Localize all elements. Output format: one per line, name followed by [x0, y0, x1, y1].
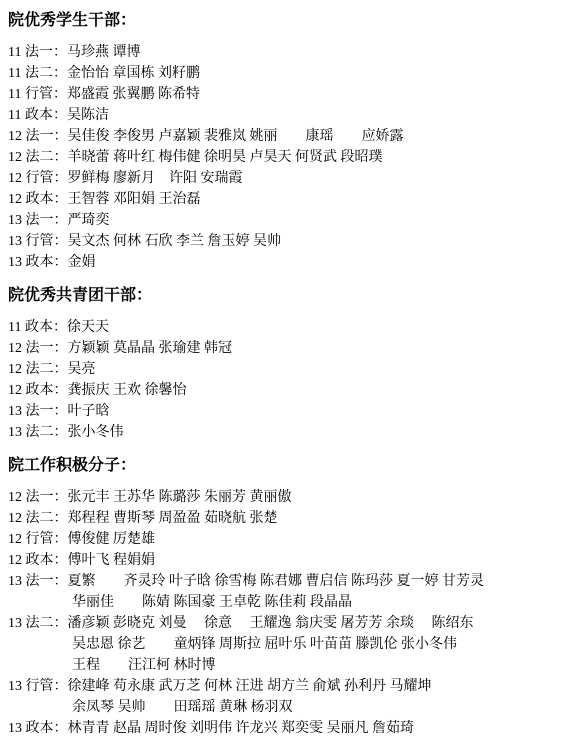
- entry-line: 12 政本：傅叶飞 程娟娟: [8, 550, 569, 571]
- names-text: 方颖颖 莫晶晶 张瑜建 韩冠: [68, 341, 233, 356]
- entry-row: 13 政本：金娟: [8, 252, 569, 273]
- class-label: 12 法一：: [8, 341, 68, 356]
- entry-line: 12 法一：方颖颖 莫晶晶 张瑜建 韩冠: [8, 338, 569, 359]
- award-section: 院工作积极分子：12 法一：张元丰 王苏华 陈璐莎 朱丽芳 黄丽傲12 法二：郑…: [8, 455, 569, 739]
- entry-line-continuation: 王程 汪江柯 林时博: [8, 655, 569, 676]
- entry-row: 11 法二：金怡怡 章国栋 刘籽鹏: [8, 63, 569, 84]
- entry-row: 13 法一：严琦奕: [8, 210, 569, 231]
- entry-row: 12 政本：龚振庆 王欢 徐馨怡: [8, 380, 569, 401]
- entry-line: 12 法二：羊晓蕾 蒋叶红 梅伟健 徐明昊 卢昊天 何贤武 段昭璞: [8, 147, 569, 168]
- names-text: 龚振庆 王欢 徐馨怡: [68, 383, 187, 398]
- entry-line: 11 政本：徐天天: [8, 317, 569, 338]
- names-text: 张元丰 王苏华 陈璐莎 朱丽芳 黄丽傲: [68, 490, 292, 505]
- names-text: 罗鲜梅 廖新月 许阳 安瑞霞: [68, 171, 243, 186]
- entry-line: 12 政本：龚振庆 王欢 徐馨怡: [8, 380, 569, 401]
- entry-row: 13 法一：叶子晗: [8, 401, 569, 422]
- class-label: 11 政本：: [8, 320, 67, 335]
- entry-row: 12 行管：罗鲜梅 廖新月 许阳 安瑞霞: [8, 168, 569, 189]
- section-title: 院优秀学生干部：: [8, 10, 569, 32]
- names-text: 郑盛霞 张翼鹏 陈希特: [67, 87, 200, 102]
- class-label: 12 行管：: [8, 171, 68, 186]
- entry-row: 13 政本：林青青 赵晶 周时俊 刘明伟 许龙兴 郑奕雯 吴丽凡 詹茹琦: [8, 718, 569, 739]
- entry-row: 13 法一：夏繁 齐灵玲 叶子晗 徐雪梅 陈君娜 曹启信 陈玛莎 夏一婷 甘芳灵…: [8, 571, 569, 613]
- entry-line: 12 行管：罗鲜梅 廖新月 许阳 安瑞霞: [8, 168, 569, 189]
- entry-line: 12 法二：吴亮: [8, 359, 569, 380]
- class-label: 12 政本：: [8, 553, 68, 568]
- entry-line: 13 法一：叶子晗: [8, 401, 569, 422]
- entry-row: 12 法二：吴亮: [8, 359, 569, 380]
- entry-line-continuation: 余凤琴 吴帅 田瑶瑶 黄琳 杨羽双: [8, 697, 569, 718]
- award-section: 院优秀学生干部：11 法一：马珍燕 谭博11 法二：金怡怡 章国栋 刘籽鹏11 …: [8, 10, 569, 273]
- class-label: 13 政本：: [8, 721, 68, 736]
- entry-line: 11 政本：吴陈洁: [8, 105, 569, 126]
- entry-row: 12 行管：傅俊健 厉楚雄: [8, 529, 569, 550]
- entry-line: 11 法二：金怡怡 章国栋 刘籽鹏: [8, 63, 569, 84]
- names-text: 金怡怡 章国栋 刘籽鹏: [67, 66, 200, 81]
- class-label: 12 法一：: [8, 129, 68, 144]
- entry-line: 12 政本：王智蓉 邓阳娟 王治磊: [8, 189, 569, 210]
- entry-row: 11 行管：郑盛霞 张翼鹏 陈希特: [8, 84, 569, 105]
- class-label: 11 行管：: [8, 87, 67, 102]
- entry-line: 13 行管：吴文杰 何林 石欣 李兰 詹玉婷 吴帅: [8, 231, 569, 252]
- entry-row: 11 政本：吴陈洁: [8, 105, 569, 126]
- entry-row: 12 政本：王智蓉 邓阳娟 王治磊: [8, 189, 569, 210]
- entry-row: 13 法二：张小冬伟: [8, 422, 569, 443]
- names-text: 吴亮: [68, 362, 96, 377]
- award-section: 院优秀共青团干部：11 政本：徐天天12 法一：方颖颖 莫晶晶 张瑜建 韩冠12…: [8, 285, 569, 443]
- class-label: 12 法二：: [8, 511, 68, 526]
- entry-line: 13 法一：夏繁 齐灵玲 叶子晗 徐雪梅 陈君娜 曹启信 陈玛莎 夏一婷 甘芳灵: [8, 571, 569, 592]
- names-text: 金娟: [68, 255, 96, 270]
- class-label: 13 法一：: [8, 213, 68, 228]
- class-label: 12 法一：: [8, 490, 68, 505]
- class-label: 13 法一：: [8, 404, 68, 419]
- class-label: 13 行管：: [8, 234, 68, 249]
- class-label: 11 政本：: [8, 108, 67, 123]
- class-label: 13 行管：: [8, 679, 68, 694]
- names-text: 严琦奕: [68, 213, 110, 228]
- entry-line: 11 法一：马珍燕 谭博: [8, 42, 569, 63]
- names-text: 张小冬伟: [68, 425, 124, 440]
- entry-line-continuation: 吴忠恩 徐艺 童炳锋 周斯拉 屈叶乐 叶苗苗 滕凯伦 张小冬伟: [8, 634, 569, 655]
- names-text: 马珍燕 谭博: [67, 45, 141, 60]
- document-body: 院优秀学生干部：11 法一：马珍燕 谭博11 法二：金怡怡 章国栋 刘籽鹏11 …: [0, 0, 575, 743]
- entry-line: 13 行管：徐建峰 苟永康 武万芝 何林 汪进 胡方兰 俞斌 孙利丹 马耀坤: [8, 676, 569, 697]
- entry-row: 11 法一：马珍燕 谭博: [8, 42, 569, 63]
- class-label: 12 法二：: [8, 362, 68, 377]
- class-label: 13 法二：: [8, 616, 68, 631]
- class-label: 12 法二：: [8, 150, 68, 165]
- section-title: 院优秀共青团干部：: [8, 285, 569, 307]
- entry-row: 13 法二：潘彦颖 彭晓克 刘曼 徐意 王耀逸 翁庆雯 屠芳芳 余琰 陈绍东吴忠…: [8, 613, 569, 676]
- entry-row: 12 法一：张元丰 王苏华 陈璐莎 朱丽芳 黄丽傲: [8, 487, 569, 508]
- class-label: 11 法一：: [8, 45, 67, 60]
- entry-line: 13 政本：林青青 赵晶 周时俊 刘明伟 许龙兴 郑奕雯 吴丽凡 詹茹琦: [8, 718, 569, 739]
- entry-row: 12 法二：羊晓蕾 蒋叶红 梅伟健 徐明昊 卢昊天 何贤武 段昭璞: [8, 147, 569, 168]
- entry-line: 13 法二：潘彦颖 彭晓克 刘曼 徐意 王耀逸 翁庆雯 屠芳芳 余琰 陈绍东: [8, 613, 569, 634]
- entry-line: 13 法二：张小冬伟: [8, 422, 569, 443]
- entry-row: 11 政本：徐天天: [8, 317, 569, 338]
- entry-line: 12 法一：张元丰 王苏华 陈璐莎 朱丽芳 黄丽傲: [8, 487, 569, 508]
- names-text: 傅俊健 厉楚雄: [68, 532, 156, 547]
- names-text: 吴文杰 何林 石欣 李兰 詹玉婷 吴帅: [68, 234, 282, 249]
- names-text: 傅叶飞 程娟娟: [68, 553, 156, 568]
- entry-line: 12 法二：郑程程 曹斯琴 周盈盈 茹晓航 张楚: [8, 508, 569, 529]
- class-label: 11 法二：: [8, 66, 67, 81]
- names-text: 吴佳俊 李俊男 卢嘉颖 裴雅岚 姚丽 康瑶 应娇露: [68, 129, 404, 144]
- entry-row: 13 行管：吴文杰 何林 石欣 李兰 詹玉婷 吴帅: [8, 231, 569, 252]
- entry-line: 13 政本：金娟: [8, 252, 569, 273]
- class-label: 12 政本：: [8, 383, 68, 398]
- names-text: 潘彦颖 彭晓克 刘曼 徐意 王耀逸 翁庆雯 屠芳芳 余琰 陈绍东: [68, 616, 474, 631]
- class-label: 13 法一：: [8, 574, 68, 589]
- names-text: 王智蓉 邓阳娟 王治磊: [68, 192, 201, 207]
- names-text: 徐天天: [67, 320, 109, 335]
- entry-row: 12 法一：吴佳俊 李俊男 卢嘉颖 裴雅岚 姚丽 康瑶 应娇露: [8, 126, 569, 147]
- names-text: 羊晓蕾 蒋叶红 梅伟健 徐明昊 卢昊天 何贤武 段昭璞: [68, 150, 383, 165]
- class-label: 12 行管：: [8, 532, 68, 547]
- names-text: 林青青 赵晶 周时俊 刘明伟 许龙兴 郑奕雯 吴丽凡 詹茹琦: [68, 721, 415, 736]
- entry-row: 13 行管：徐建峰 苟永康 武万芝 何林 汪进 胡方兰 俞斌 孙利丹 马耀坤余凤…: [8, 676, 569, 718]
- names-text: 夏繁 齐灵玲 叶子晗 徐雪梅 陈君娜 曹启信 陈玛莎 夏一婷 甘芳灵: [68, 574, 485, 589]
- names-text: 叶子晗: [68, 404, 110, 419]
- entry-line: 12 法一：吴佳俊 李俊男 卢嘉颖 裴雅岚 姚丽 康瑶 应娇露: [8, 126, 569, 147]
- entry-row: 12 政本：傅叶飞 程娟娟: [8, 550, 569, 571]
- class-label: 13 政本：: [8, 255, 68, 270]
- entry-line-continuation: 华丽佳 陈婧 陈国豪 王卓乾 陈佳莉 段晶晶: [8, 592, 569, 613]
- entry-line: 13 法一：严琦奕: [8, 210, 569, 231]
- entry-row: 12 法一：方颖颖 莫晶晶 张瑜建 韩冠: [8, 338, 569, 359]
- class-label: 13 法二：: [8, 425, 68, 440]
- entry-line: 12 行管：傅俊健 厉楚雄: [8, 529, 569, 550]
- class-label: 12 政本：: [8, 192, 68, 207]
- names-text: 吴陈洁: [67, 108, 109, 123]
- entry-row: 12 法二：郑程程 曹斯琴 周盈盈 茹晓航 张楚: [8, 508, 569, 529]
- entry-line: 11 行管：郑盛霞 张翼鹏 陈希特: [8, 84, 569, 105]
- names-text: 徐建峰 苟永康 武万芝 何林 汪进 胡方兰 俞斌 孙利丹 马耀坤: [68, 679, 432, 694]
- section-title: 院工作积极分子：: [8, 455, 569, 477]
- names-text: 郑程程 曹斯琴 周盈盈 茹晓航 张楚: [68, 511, 278, 526]
